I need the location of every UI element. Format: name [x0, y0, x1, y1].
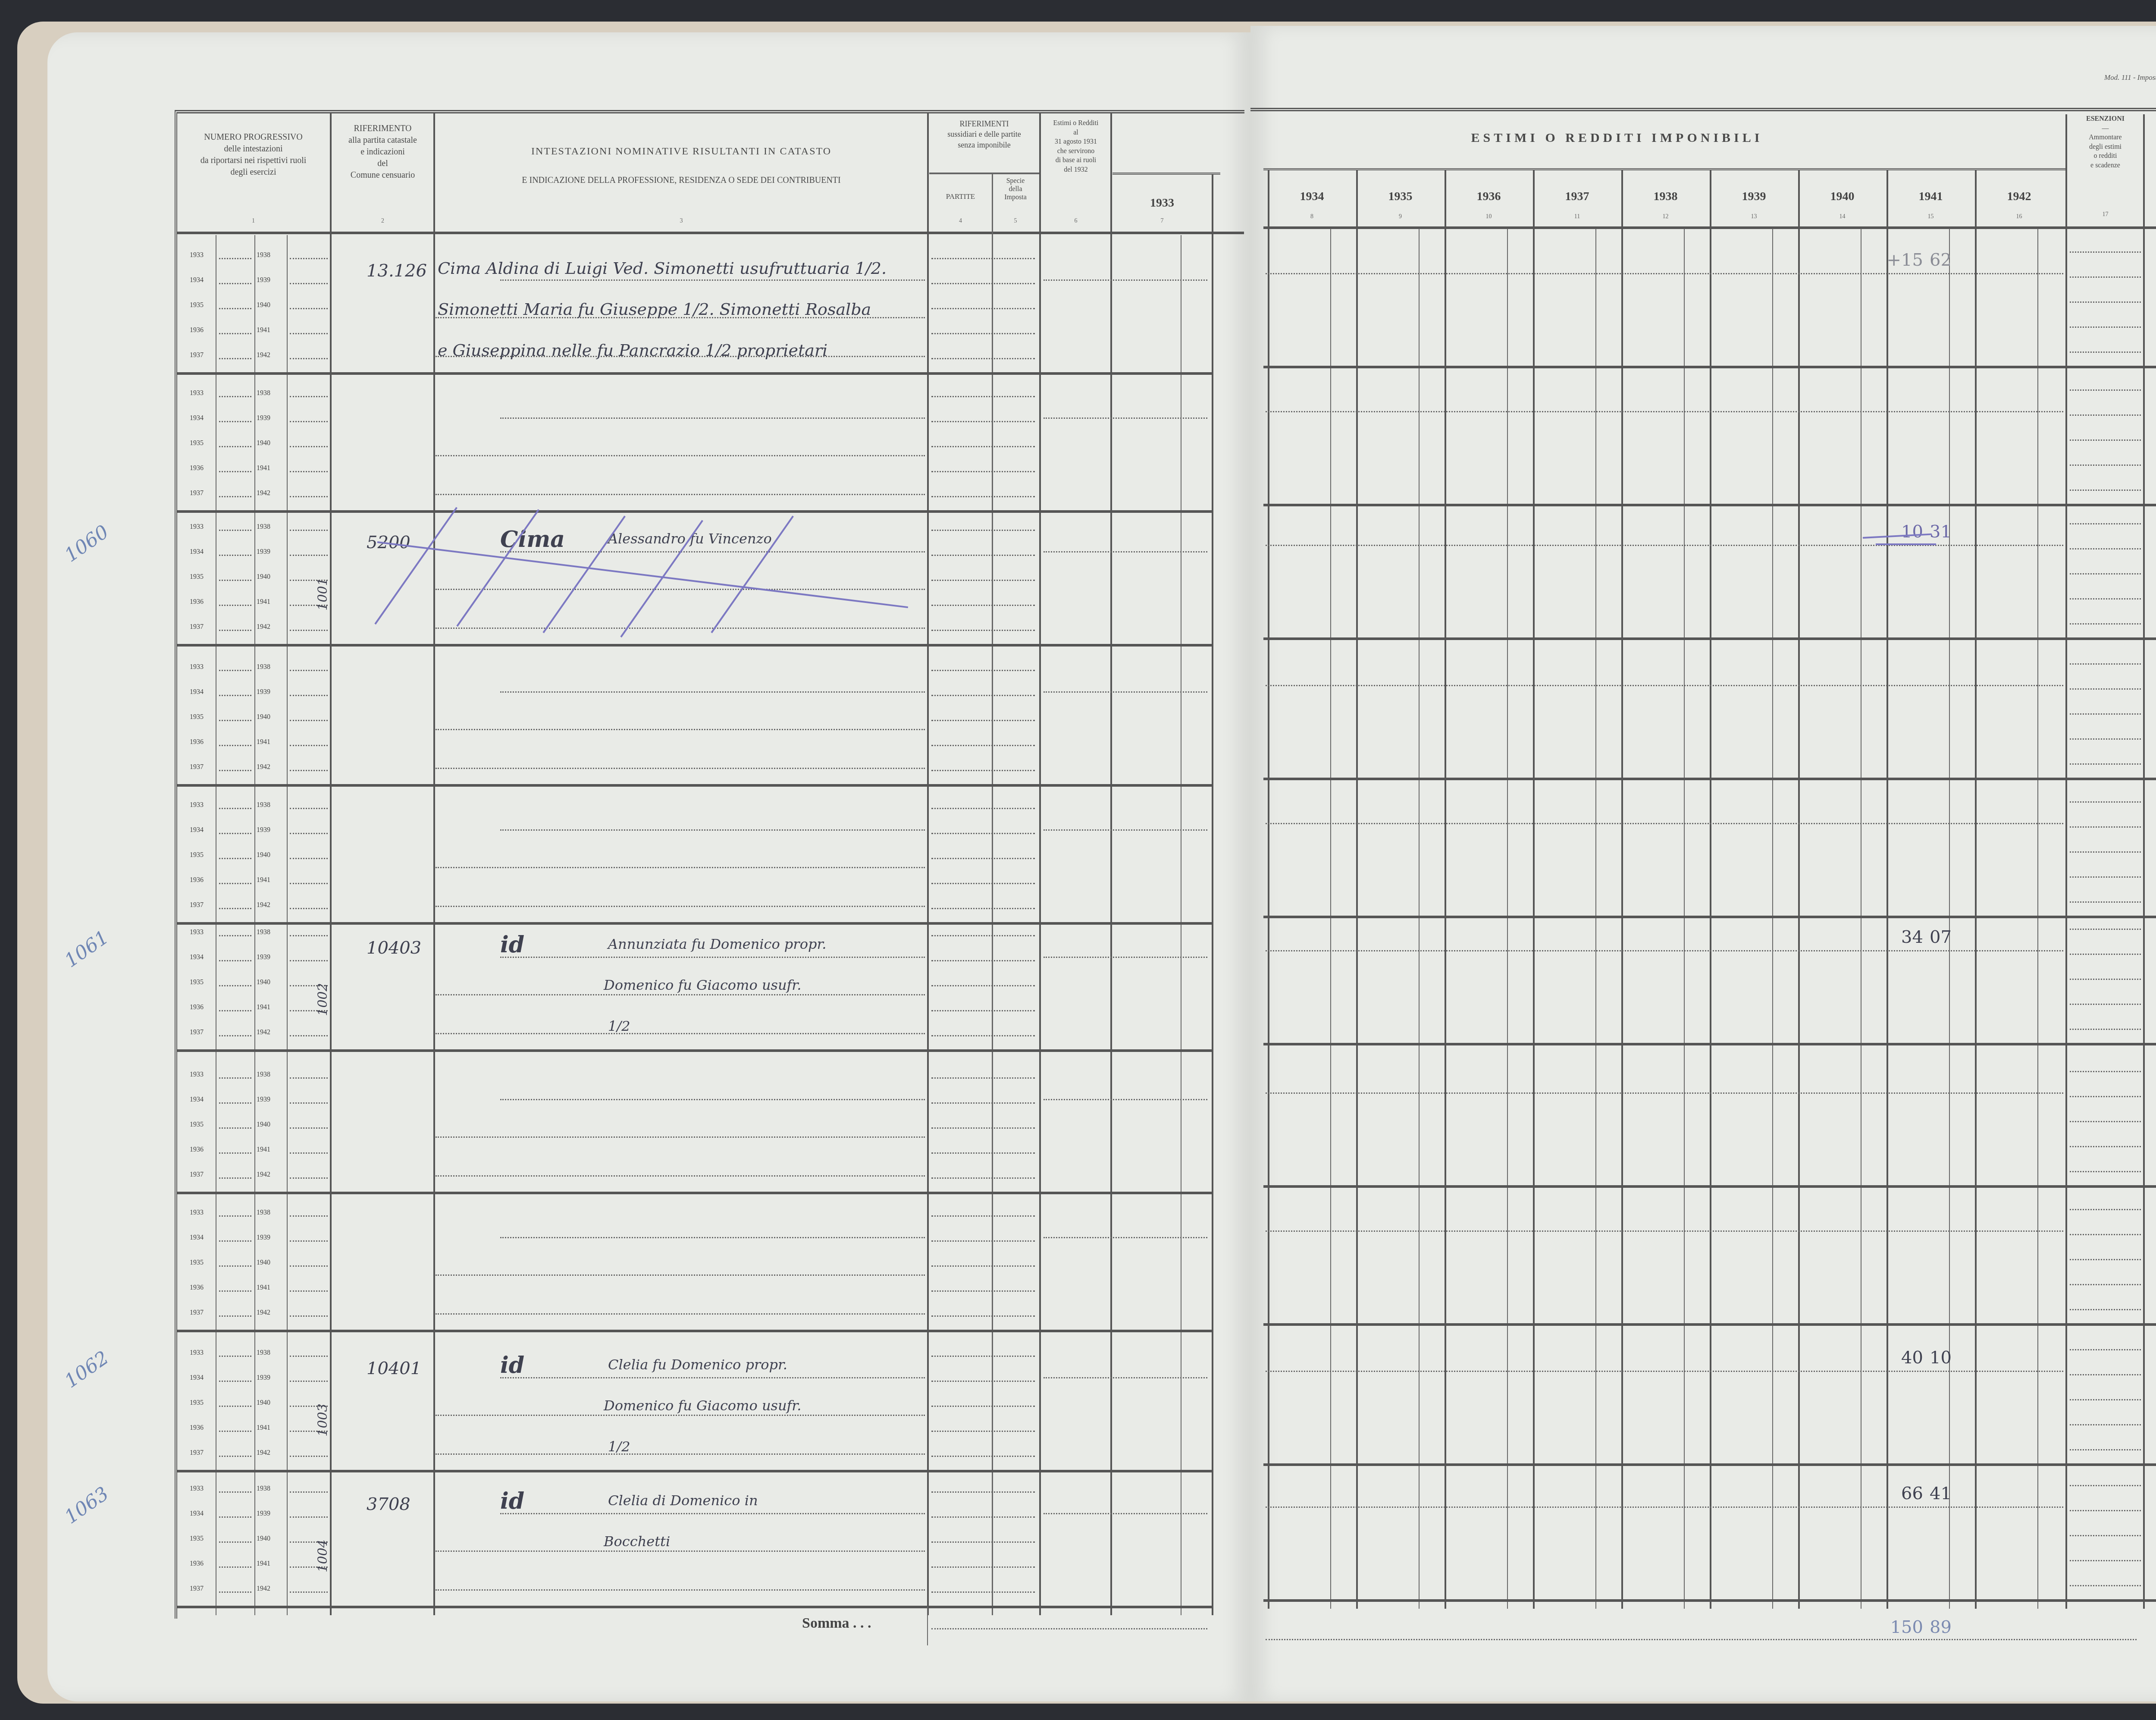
dotted-line [931, 1591, 1035, 1593]
dotted-line [2070, 1585, 2141, 1586]
dotted-line [219, 720, 251, 721]
value-1941: 10 [1871, 522, 1923, 542]
dotted-line [290, 1456, 328, 1457]
header-year-1933: 1933 [1112, 196, 1212, 210]
dotted-line [436, 1551, 925, 1552]
year-label: 1936 [190, 465, 204, 472]
dotted-line [219, 960, 251, 961]
year-label: 1934 [190, 954, 204, 961]
dotted-line [931, 1628, 1207, 1629]
year-label: 1933 [190, 389, 204, 397]
dotted-line [931, 358, 1035, 359]
dotted-line [290, 695, 328, 696]
column-divider [1110, 112, 1112, 1615]
dotted-line [931, 745, 1035, 746]
value-1941: 40 [1871, 1348, 1923, 1368]
margin-number: 1061 [60, 926, 113, 972]
dotted-line [2070, 1004, 2141, 1005]
cents-1941: 62 [1930, 250, 1952, 270]
dotted-line [931, 670, 1035, 671]
block-rule [177, 1606, 1212, 1608]
dotted-line [2070, 326, 2141, 328]
dotted-line [219, 1177, 251, 1179]
dotted-line [500, 957, 925, 958]
dotted-line [436, 906, 925, 907]
dotted-line [931, 985, 1035, 986]
dotted-line [931, 1356, 1035, 1357]
dotted-line [219, 858, 251, 859]
year-label: 1938 [257, 523, 270, 531]
dotted-line [290, 1516, 328, 1518]
somma-value-1941: 150 [1871, 1617, 1923, 1637]
dotted-line [931, 605, 1035, 606]
dotted-line [2070, 663, 2141, 665]
column-number: 3 [436, 218, 927, 225]
column-number: 15 [1887, 213, 1975, 220]
dotted-line [219, 695, 251, 696]
header-year: 1938 [1621, 190, 1710, 204]
dotted-line [931, 421, 1035, 422]
left-table-frame [175, 110, 1244, 1619]
dotted-line [2070, 1449, 2141, 1450]
dotted-line [436, 589, 925, 590]
dotted-line [219, 1591, 251, 1593]
year-label: 1933 [190, 801, 204, 809]
entry-text-line: Cima Aldina di Luigi Ved. Simonetti usuf… [438, 259, 887, 278]
dotted-line [931, 580, 1035, 581]
dotted-line [219, 1516, 251, 1518]
dotted-line [219, 283, 251, 284]
somma-label: Somma . . . [802, 1615, 871, 1632]
dotted-line [2070, 1510, 2141, 1511]
dotted-line [290, 770, 328, 771]
dotted-line [1266, 1092, 2063, 1094]
column-divider [216, 235, 216, 1615]
column-divider [2143, 114, 2145, 1609]
column-divider [992, 173, 993, 1615]
entry-text-line: 1/2 [608, 1018, 630, 1034]
dotted-line [1044, 1377, 1207, 1378]
reference-number: 1003 [315, 1403, 330, 1436]
dotted-line [290, 555, 328, 556]
dotted-line [2070, 851, 2141, 853]
year-label: 1942 [257, 901, 270, 909]
header-col-4: PARTITE [929, 192, 992, 202]
dotted-line [2070, 523, 2141, 524]
header-esenzioni: ESENZIONI — Ammontare degli estimi o red… [2068, 114, 2143, 170]
dotted-line [500, 279, 925, 281]
dotted-line [2070, 929, 2141, 930]
dotted-line [1266, 411, 2063, 412]
year-label: 1934 [190, 1374, 204, 1382]
year-label: 1936 [190, 326, 204, 334]
year-label: 1939 [257, 1374, 270, 1382]
year-label: 1934 [190, 276, 204, 284]
dotted-line [931, 1127, 1035, 1129]
column-divider [1268, 170, 1269, 1609]
dotted-line [219, 1566, 251, 1568]
year-label: 1941 [257, 326, 270, 334]
year-label: 1934 [190, 1096, 204, 1104]
year-label: 1942 [257, 1029, 270, 1036]
column-divider [1710, 170, 1711, 1609]
dotted-line [219, 833, 251, 834]
column-number: 16 [1975, 213, 2063, 220]
dotted-line [2070, 901, 2141, 903]
year-label: 1936 [190, 1004, 204, 1011]
dotted-line [219, 530, 251, 531]
header-text: Imposta [992, 193, 1039, 201]
year-label: 1936 [190, 598, 204, 606]
dotted-line [290, 670, 328, 671]
year-label: 1937 [190, 763, 204, 771]
year-label: 1933 [190, 1071, 204, 1079]
dotted-line [290, 1102, 328, 1104]
column-divider [1419, 229, 1420, 1609]
dotted-line [290, 1591, 328, 1593]
dotted-line [2070, 251, 2141, 253]
right-table-frame [1250, 108, 2156, 1612]
dotted-line [2070, 1171, 2141, 1172]
year-label: 1933 [190, 251, 204, 259]
dotted-line [500, 417, 925, 419]
header-text: — [2068, 124, 2143, 133]
year-label: 1940 [257, 713, 270, 721]
partita-number: 10401 [367, 1359, 421, 1378]
header-text: della [992, 185, 1039, 193]
year-label: 1942 [257, 623, 270, 631]
dotted-line [436, 494, 925, 495]
dotted-line [931, 858, 1035, 859]
dotted-line [219, 935, 251, 936]
year-label: 1933 [190, 1349, 204, 1357]
dotted-line [219, 446, 251, 447]
year-label: 1938 [257, 251, 270, 259]
dotted-line [290, 1381, 328, 1382]
block-rule [177, 510, 1212, 513]
header-col-6: Estimi o Redditi al 31 agosto 1931 che s… [1041, 119, 1110, 175]
value-1941: +15 [1871, 250, 1923, 270]
year-label: 1942 [257, 1171, 270, 1179]
dotted-line [290, 1356, 328, 1357]
year-label: 1935 [190, 851, 204, 859]
column-number: 11 [1533, 213, 1621, 220]
dotted-line [436, 1453, 925, 1455]
dotted-line [436, 1136, 925, 1138]
dotted-line [931, 308, 1035, 309]
header-year: 1936 [1445, 190, 1533, 204]
dotted-line [1044, 279, 1207, 281]
block-rule [177, 1049, 1212, 1052]
header-text: RIFERIMENTI [929, 119, 1039, 129]
column-divider [1798, 170, 1800, 1609]
column-divider [433, 112, 435, 1615]
column-number: 7 [1112, 218, 1212, 225]
header-double-rule [1263, 168, 2065, 170]
block-rule [177, 372, 1212, 375]
column-divider [1445, 170, 1446, 1609]
dotted-line [219, 670, 251, 671]
year-label: 1936 [190, 1146, 204, 1154]
year-label: 1934 [190, 548, 204, 556]
header-text: senza imponibile [929, 140, 1039, 150]
dotted-line [2070, 1424, 2141, 1425]
header-year: 1937 [1533, 190, 1621, 204]
entry-text-line: 1/2 [608, 1438, 630, 1455]
year-label: 1942 [257, 490, 270, 497]
dotted-line [931, 1240, 1035, 1242]
year-label: 1938 [257, 929, 270, 936]
year-label: 1933 [190, 663, 204, 671]
block-rule [177, 1330, 1212, 1332]
dotted-line [2070, 979, 2141, 980]
dotted-line [1044, 691, 1207, 693]
header-double-rule [1112, 173, 1220, 175]
dotted-line [219, 1240, 251, 1242]
dotted-line [931, 720, 1035, 721]
dotted-line [219, 808, 251, 809]
header-col-2: RIFERIMENTO alla partita catastale e ind… [332, 123, 433, 181]
year-label: 1940 [257, 301, 270, 309]
year-label: 1935 [190, 301, 204, 309]
dotted-line [436, 455, 925, 456]
margin-number: 1063 [60, 1482, 113, 1528]
year-label: 1941 [257, 465, 270, 472]
dotted-line [931, 630, 1035, 631]
dotted-line [2070, 276, 2141, 278]
header-year: 1934 [1268, 190, 1356, 204]
partita-number: 10403 [367, 938, 421, 958]
dotted-line [436, 994, 925, 995]
dotted-line [931, 333, 1035, 334]
dotted-line [290, 808, 328, 809]
dotted-line [2070, 623, 2141, 625]
column-number: 1 [177, 218, 330, 225]
cents-1941: 10 [1930, 1348, 1952, 1368]
dotted-line [290, 396, 328, 397]
year-label: 1938 [257, 1209, 270, 1217]
entry-surname: id [500, 1488, 524, 1514]
dotted-line [219, 1265, 251, 1267]
dotted-line [290, 283, 328, 284]
cents-1941: 41 [1930, 1484, 1952, 1503]
somma-cents-1941: 89 [1930, 1617, 1952, 1637]
column-divider [254, 235, 255, 1615]
dotted-line [290, 1315, 328, 1317]
column-number: 13 [1710, 213, 1798, 220]
year-label: 1941 [257, 1424, 270, 1432]
dotted-line [500, 691, 925, 693]
dotted-line [2070, 1209, 2141, 1210]
dotted-line [1266, 950, 2063, 951]
header-text: e indicazioni [332, 146, 433, 158]
dotted-line [2070, 1071, 2141, 1072]
year-label: 1935 [190, 439, 204, 447]
year-label: 1940 [257, 979, 270, 986]
dotted-line [219, 1381, 251, 1382]
year-label: 1935 [190, 1121, 204, 1129]
dotted-line [219, 630, 251, 631]
dotted-line [219, 745, 251, 746]
dotted-line [290, 1240, 328, 1242]
column-number: 2 [332, 218, 433, 225]
dotted-line [1266, 545, 2063, 546]
header-text: sussidiari e delle partite [929, 129, 1039, 139]
dotted-line [219, 908, 251, 909]
block-rule [177, 644, 1212, 647]
dotted-line [2070, 688, 2141, 690]
entry-text-line: Clelia fu Domenico propr. [608, 1356, 787, 1373]
year-label: 1933 [190, 523, 204, 531]
year-label: 1935 [190, 1399, 204, 1407]
dotted-line [931, 471, 1035, 472]
dotted-line [219, 421, 251, 422]
dotted-line [2070, 1259, 2141, 1260]
year-label: 1937 [190, 352, 204, 359]
dotted-line [290, 258, 328, 259]
estimi-title: ESTIMI O REDDITI IMPONIBILI [1337, 129, 1897, 147]
dotted-line [500, 1377, 925, 1378]
margin-number: 1060 [60, 521, 113, 566]
block-rule [1263, 366, 2156, 368]
dotted-line [2070, 301, 2141, 303]
header-year: 1941 [1887, 190, 1975, 204]
dotted-line [1266, 273, 2063, 274]
dotted-line [931, 1566, 1035, 1568]
year-label: 1939 [257, 276, 270, 284]
column-divider [1621, 170, 1623, 1609]
year-label: 1934 [190, 414, 204, 422]
year-label: 1941 [257, 738, 270, 746]
dotted-line [290, 530, 328, 531]
dotted-line [219, 1102, 251, 1104]
header-annotazioni: ANNOTAZIONI [2145, 155, 2156, 168]
year-label: 1937 [190, 1029, 204, 1036]
year-label: 1935 [190, 979, 204, 986]
dotted-line [931, 1406, 1035, 1407]
dotted-line [931, 833, 1035, 834]
dotted-line [2070, 389, 2141, 391]
year-label: 1939 [257, 688, 270, 696]
column-divider [330, 112, 332, 1615]
dotted-line [2070, 352, 2141, 353]
year-label: 1940 [257, 1259, 270, 1267]
year-label: 1940 [257, 1535, 270, 1543]
entry-surname: id [500, 1352, 524, 1378]
dotted-line [931, 283, 1035, 284]
dotted-line [931, 1516, 1035, 1518]
dotted-line [436, 1313, 925, 1315]
value-1941: 34 [1871, 927, 1923, 947]
dotted-line [219, 358, 251, 359]
dotted-line [219, 1010, 251, 1011]
year-label: 1936 [190, 738, 204, 746]
block-rule [177, 1470, 1212, 1472]
reference-number: 1001 [315, 578, 330, 610]
dotted-line [1266, 1371, 2063, 1372]
dotted-line [436, 1415, 925, 1416]
header-text: e scadenze [2068, 161, 2143, 170]
dotted-line [2070, 598, 2141, 599]
dotted-line [219, 1406, 251, 1407]
margin-number: 1062 [60, 1346, 113, 1392]
dotted-line [931, 446, 1035, 447]
cents-1941: 07 [1930, 927, 1952, 947]
dotted-line [931, 695, 1035, 696]
dotted-line [436, 1274, 925, 1276]
dotted-line [436, 1175, 925, 1177]
year-label: 1936 [190, 1424, 204, 1432]
dotted-line [931, 808, 1035, 809]
year-label: 1941 [257, 598, 270, 606]
dotted-line [931, 960, 1035, 961]
dotted-line [290, 858, 328, 859]
dotted-line [1044, 1099, 1207, 1100]
partita-number: 3708 [367, 1494, 411, 1514]
year-label: 1942 [257, 1449, 270, 1457]
column-divider [1684, 229, 1685, 1609]
header-text: Specie [992, 177, 1039, 185]
dotted-line [500, 1237, 925, 1238]
header-text: o redditi [2068, 151, 2143, 161]
year-label: 1933 [190, 929, 204, 936]
dotted-line [2070, 801, 2141, 803]
cents-1941: 31 [1930, 522, 1952, 542]
header-text: RIFERIMENTO [332, 123, 433, 135]
year-label: 1938 [257, 1485, 270, 1493]
dotted-line [219, 770, 251, 771]
year-label: 1941 [257, 1560, 270, 1568]
column-divider [2065, 114, 2067, 1609]
year-label: 1938 [257, 663, 270, 671]
year-label: 1941 [257, 876, 270, 884]
header-text: delle intestazioni [177, 143, 330, 155]
year-label: 1940 [257, 573, 270, 581]
dotted-line [1266, 823, 2063, 824]
dotted-line [2070, 826, 2141, 828]
dotted-line [219, 496, 251, 497]
dotted-line [931, 1035, 1035, 1036]
year-label: 1933 [190, 1485, 204, 1493]
header-text: Estimi o Redditi [1041, 119, 1110, 128]
year-label: 1936 [190, 876, 204, 884]
dotted-line [931, 1152, 1035, 1154]
dotted-line [290, 745, 328, 746]
reference-number: 1004 [315, 1539, 330, 1572]
dotted-line [2070, 1284, 2141, 1285]
dotted-line [436, 729, 925, 730]
header-text: ESENZIONI [2068, 114, 2143, 124]
dotted-line [219, 471, 251, 472]
entry-text-line: Domenico fu Giacomo usufr. [604, 1397, 801, 1414]
dotted-line [500, 829, 925, 831]
column-number: 6 [1041, 218, 1110, 225]
dotted-line [290, 1265, 328, 1267]
column-divider [1181, 235, 1181, 1615]
dotted-line [2070, 1374, 2141, 1375]
dotted-line [931, 883, 1035, 884]
header-col-3-title: INTESTAZIONI NOMINATIVE RISULTANTI IN CA… [436, 144, 927, 158]
dotted-line [2070, 1399, 2141, 1400]
dotted-line [931, 1215, 1035, 1217]
dotted-line [500, 1513, 925, 1514]
dotted-line [931, 1177, 1035, 1179]
entry-text-line: Clelia di Domenico in [608, 1492, 758, 1509]
header-text: di base ai ruoli [1041, 156, 1110, 165]
header-year: 1942 [1975, 190, 2063, 204]
dotted-line [219, 308, 251, 309]
dotted-line [931, 1541, 1035, 1543]
